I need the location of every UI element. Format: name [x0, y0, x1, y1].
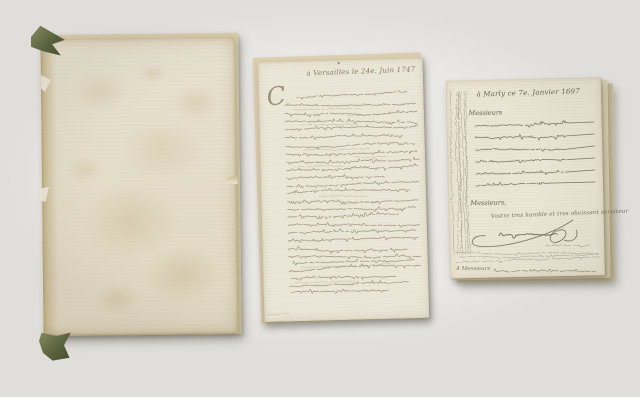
script-line: [293, 107, 361, 111]
script-line: [288, 227, 416, 236]
script-line: [494, 269, 596, 273]
script-line: [289, 280, 408, 287]
script-line: [288, 244, 408, 255]
letter-large-handwriting: [258, 58, 430, 322]
script-line: [292, 287, 389, 294]
folio-cover: [40, 37, 237, 335]
folio-document: [37, 25, 245, 368]
closing-flourish: [472, 220, 574, 247]
script-line: [287, 206, 415, 214]
letter-small-valediction: Messieurs,: [470, 198, 506, 207]
script-line: [285, 117, 416, 128]
script-line: [354, 155, 388, 159]
script-line: [285, 110, 417, 118]
script-line: [285, 124, 417, 132]
paper-tear-left: [40, 187, 49, 202]
letter-large-sheet: à Versailles le 24e. Juin 1747 C: [258, 58, 430, 322]
ink-spot: [337, 62, 339, 64]
script-line: [267, 313, 288, 315]
script-line: [287, 174, 385, 181]
script-line: [459, 90, 467, 254]
script-line: [287, 197, 418, 206]
script-line: [475, 133, 594, 141]
script-line: [475, 146, 594, 153]
letter-small-salutation: Messieurs: [469, 108, 503, 117]
photo-scene: à Versailles le 24e. Juin 1747 C à Marly…: [0, 0, 640, 397]
script-line: [285, 100, 416, 108]
script-line: [475, 120, 594, 128]
script-line: [291, 274, 396, 281]
paper-tear-right: [225, 175, 238, 184]
script-line: [476, 158, 595, 164]
script-line: [288, 212, 399, 220]
script-line: [286, 164, 418, 173]
script-line: [299, 123, 358, 127]
script-line: [288, 235, 420, 242]
letter-small-address-prefix: A Messieurs: [456, 266, 490, 272]
script-line: [296, 90, 409, 99]
signature-paraph: [550, 229, 577, 242]
script-line: [287, 180, 419, 188]
ribbon-tie-bottom-icon: [39, 332, 71, 360]
script-line: [319, 194, 367, 198]
script-line: [295, 280, 356, 284]
script-line: [287, 187, 410, 195]
letter-small-handwriting: [446, 77, 605, 278]
script-line: [286, 157, 419, 165]
script-line: [294, 165, 344, 168]
script-line: [476, 181, 595, 187]
letter-small-document: à Marly ce 7e. Janvier 1697 Messieurs Me…: [444, 74, 622, 300]
script-line: [289, 262, 421, 272]
script-line: [289, 252, 423, 261]
script-line: [476, 169, 595, 176]
script-line: [293, 258, 414, 265]
script-line: [448, 91, 455, 255]
script-line: [301, 262, 390, 269]
letter-small-sheet: à Marly ce 7e. Janvier 1697 Messieurs Me…: [446, 77, 605, 278]
script-line: [286, 149, 417, 157]
letter-large-document: à Versailles le 24e. Juin 1747 C: [254, 54, 436, 336]
script-line: [286, 133, 403, 141]
script-line: [456, 256, 600, 263]
script-line: [545, 243, 589, 248]
paper-tear-top-left: [41, 75, 51, 92]
script-line: [288, 220, 420, 230]
